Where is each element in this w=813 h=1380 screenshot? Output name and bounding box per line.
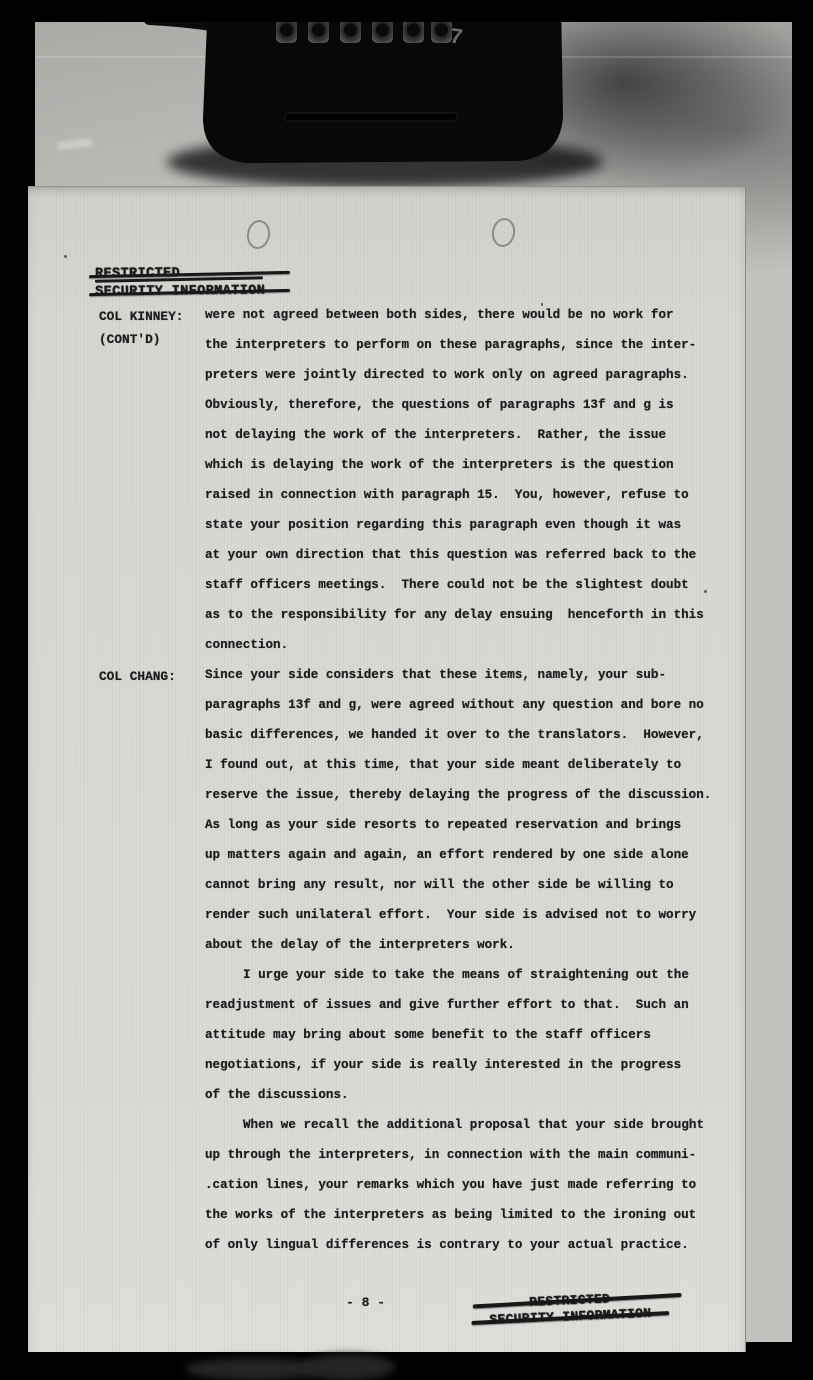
text-line: of only lingual differences is contrary … (205, 1230, 727, 1260)
text-line: state your position regarding this parag… (205, 510, 727, 540)
text-line: As long as your side resorts to repeated… (205, 810, 727, 840)
transcript: COL KINNEY:(CONT'D)were not agreed betwe… (99, 300, 727, 1260)
text-line: the works of the interpreters as being l… (205, 1200, 727, 1230)
film-artifact (300, 1354, 395, 1380)
transcript-block: COL KINNEY:(CONT'D)were not agreed betwe… (99, 300, 727, 660)
film-border-right (792, 0, 813, 1380)
speaker-note: (CONT'D) (99, 328, 205, 351)
dust-speck (64, 255, 67, 258)
text-line: which is delaying the work of the interp… (205, 450, 727, 480)
text-line: negotiations, if your side is really int… (205, 1050, 727, 1080)
film-border-top (0, 0, 813, 22)
film-border-left (0, 0, 28, 1380)
text-line: of the discussions. (205, 1080, 727, 1110)
speech-lines: were not agreed between both sides, ther… (205, 300, 727, 660)
speech-lines: Since your side considers that these ite… (205, 660, 727, 1260)
text-line: at your own direction that this question… (205, 540, 727, 570)
speaker-column: COL CHANG: (99, 660, 205, 1260)
punch-hole (245, 218, 273, 251)
text-line: cannot bring any result, nor will the ot… (205, 870, 727, 900)
text-line: preters were jointly directed to work on… (205, 360, 727, 390)
speaker-column: COL KINNEY:(CONT'D) (99, 300, 205, 660)
text-line: I urge your side to take the means of st… (205, 960, 727, 990)
classification-security-information: SECURITY INFORMATION (95, 282, 285, 301)
text-line: attitude may bring about some benefit to… (205, 1020, 727, 1050)
text-line: Since your side considers that these ite… (205, 660, 727, 690)
transcript-block: COL CHANG:Since your side considers that… (99, 660, 727, 1260)
classification-stamp-bottom: RESTRICTED SECURITY INFORMATION (479, 1289, 660, 1329)
text-line: paragraphs 13f and g, were agreed withou… (205, 690, 727, 720)
text-line: readjustment of issues and give further … (205, 990, 727, 1020)
text-line: connection. (205, 630, 727, 660)
speaker-label: COL KINNEY: (99, 305, 205, 328)
text-line: Obviously, therefore, the questions of p… (205, 390, 727, 420)
text-line: staff officers meetings. There could not… (205, 570, 727, 600)
text-line: raised in connection with paragraph 15. … (205, 480, 727, 510)
text-line: .cation lines, your remarks which you ha… (205, 1170, 727, 1200)
counter-machine: 7 (0, 0, 813, 215)
text-line: about the delay of the interpreters work… (205, 930, 727, 960)
text-line: the interpreters to perform on these par… (205, 330, 727, 360)
text-line: When we recall the additional proposal t… (205, 1110, 727, 1140)
text-line: as to the responsibility for any delay e… (205, 600, 727, 630)
punch-hole (490, 216, 518, 249)
classification-stamp-top: RESTRICTED SECURITY INFORMATION (95, 264, 285, 301)
speaker-label: COL CHANG: (99, 665, 205, 688)
page-number: - 8 - (346, 1295, 385, 1310)
text-line: were not agreed between both sides, ther… (205, 300, 727, 330)
text-line: reserve the issue, thereby delaying the … (205, 780, 727, 810)
text-line: I found out, at this time, that your sid… (205, 750, 727, 780)
text-line: render such unilateral effort. Your side… (205, 900, 727, 930)
film-border-bottom (0, 1352, 813, 1380)
text-line: up matters again and again, an effort re… (205, 840, 727, 870)
text-line: not delaying the work of the interpreter… (205, 420, 727, 450)
text-line: up through the interpreters, in connecti… (205, 1140, 727, 1170)
microfilm-frame: 7 RESTRICTED SECURITY INFORMATION COL KI… (0, 0, 813, 1380)
document-page: RESTRICTED SECURITY INFORMATION COL KINN… (28, 186, 746, 1353)
text-line: basic differences, we handed it over to … (205, 720, 727, 750)
